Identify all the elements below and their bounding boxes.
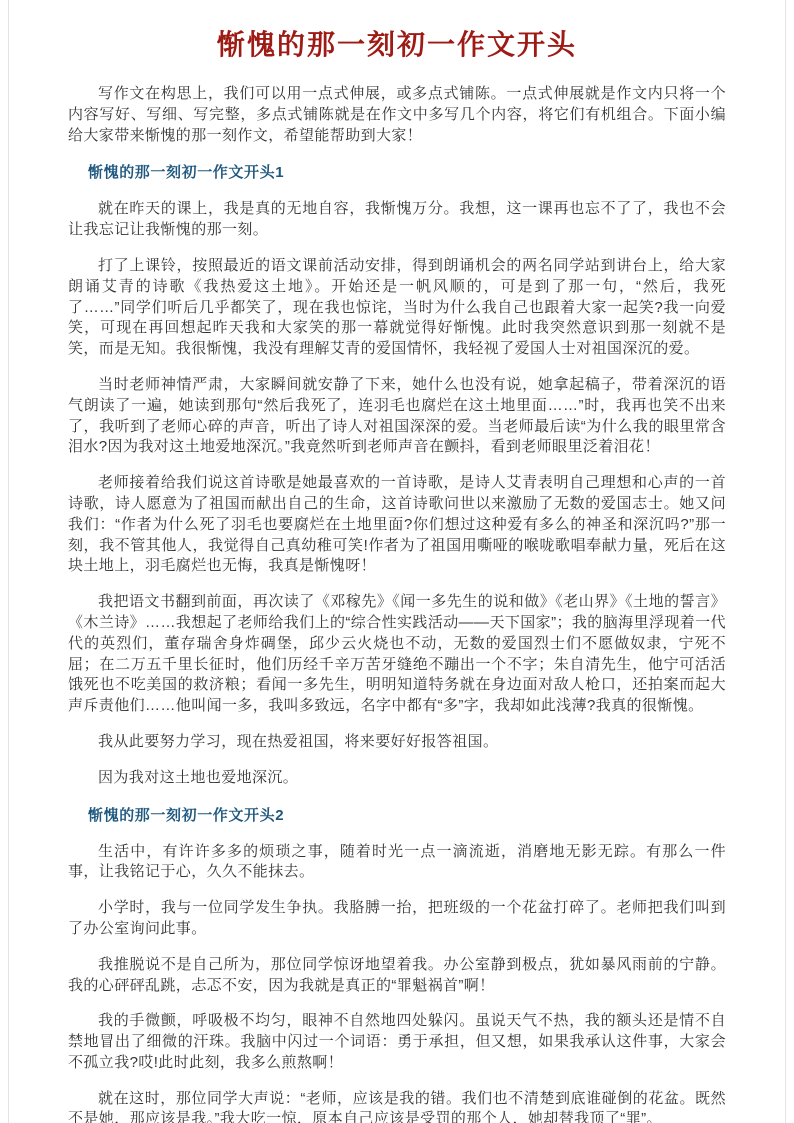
section-2-paragraph-2: 小学时，我与一位同学发生争执。我胳膊一抬，把班级的一个花盆打碎了。老师把我们叫到… <box>68 898 726 940</box>
section-1-heading: 惭愧的那一刻初一作文开头1 <box>68 162 726 183</box>
section-1-paragraph-5: 我把语文书翻到前面，再次读了《邓稼先》《闻一多先生的说和做》《老山界》《土地的誓… <box>68 592 726 717</box>
section-1-paragraph-4: 老师接着给我们说这首诗歌是她最喜欢的一首诗歌，是诗人艾青表明自己理想和心声的一首… <box>68 473 726 577</box>
section-1-paragraph-1: 就在昨天的课上，我是真的无地自容，我惭愧万分。我想，这一课再也忘不了了，我也不会… <box>68 199 726 241</box>
section-2-heading: 惭愧的那一刻初一作文开头2 <box>68 805 726 826</box>
page-right-border <box>785 0 786 1123</box>
section-2-paragraph-5: 就在这时，那位同学大声说：“老师，应该是我的错。我们也不清楚到底谁碰倒的花盆。既… <box>68 1089 726 1123</box>
section-1-paragraph-3: 当时老师神情严肃，大家瞬间就安静了下来，她什么也没有说，她拿起稿子，带着深沉的语… <box>68 375 726 458</box>
page-left-border <box>8 0 9 1123</box>
intro-paragraph: 写作文在构思上，我们可以用一点式伸展，或多点式铺陈。一点式伸展就是作文内只将一个… <box>68 84 726 146</box>
document-page: 惭愧的那一刻初一作文开头 写作文在构思上，我们可以用一点式伸展，或多点式铺陈。一… <box>0 0 794 1123</box>
document-content: 惭愧的那一刻初一作文开头 写作文在构思上，我们可以用一点式伸展，或多点式铺陈。一… <box>0 0 794 1123</box>
section-1-paragraph-6: 我从此要努力学习，现在热爱祖国，将来要好好报答祖国。 <box>68 732 726 753</box>
section-1-paragraph-7: 因为我对这土地也爱地深沉。 <box>68 768 726 789</box>
section-2-paragraph-4: 我的手微颤，呼吸极不均匀，眼神不自然地四处躲闪。虽说天气不热，我的额头还是情不自… <box>68 1011 726 1073</box>
section-1-paragraph-2: 打了上课铃，按照最近的语文课前活动安排，得到朗诵机会的两名同学站到讲台上，给大家… <box>68 256 726 360</box>
document-title: 惭愧的那一刻初一作文开头 <box>68 26 726 64</box>
section-2-paragraph-3: 我推脱说不是自己所为，那位同学惊讶地望着我。办公室静到极点，犹如暴风雨前的宁静。… <box>68 955 726 997</box>
section-2-paragraph-1: 生活中，有许许多多的烦琐之事，随着时光一点一滴流逝，消磨地无影无踪。有那么一件事… <box>68 842 726 884</box>
document-body: 写作文在构思上，我们可以用一点式伸展，或多点式铺陈。一点式伸展就是作文内只将一个… <box>68 84 726 1123</box>
